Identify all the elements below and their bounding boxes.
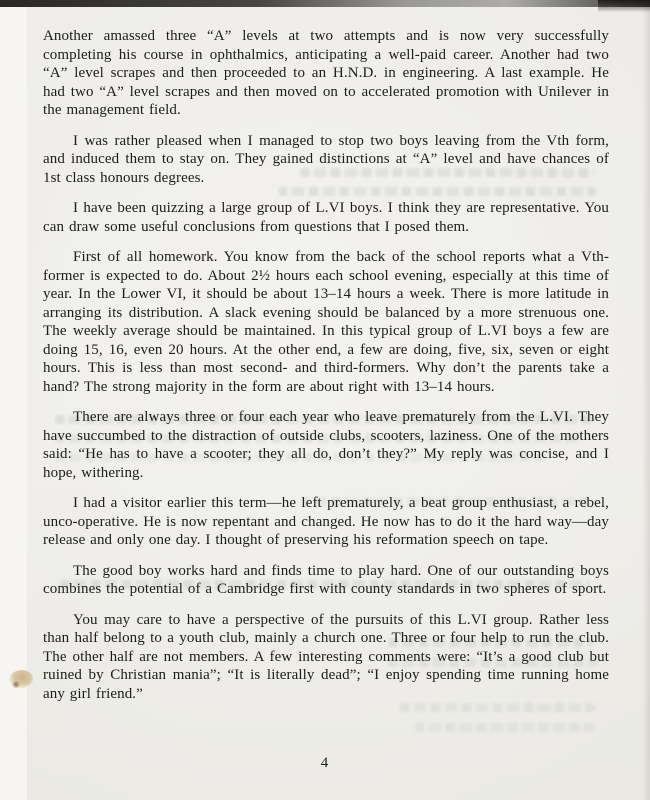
scan-edge-top xyxy=(0,0,650,7)
paragraph: Another amassed three “A” levels at two … xyxy=(43,27,609,120)
paragraph: I have been quizzing a large group of L.… xyxy=(43,199,609,236)
show-through-artifact xyxy=(415,723,595,732)
paper-stain-dot xyxy=(12,681,20,688)
page-text: Another amassed three “A” levels at two … xyxy=(43,27,609,703)
page-number: 4 xyxy=(0,755,650,772)
paragraph: I had a visitor earlier this term—he lef… xyxy=(43,494,609,550)
show-through-artifact xyxy=(400,703,595,712)
scanned-page: Another amassed three “A” levels at two … xyxy=(0,0,650,800)
scan-edge-top-right xyxy=(598,0,650,13)
paragraph: I was rather pleased when I managed to s… xyxy=(43,132,609,188)
paragraph: There are always three or four each year… xyxy=(43,408,609,482)
paragraph: First of all homework. You know from the… xyxy=(43,248,609,396)
scan-shadow-right xyxy=(642,0,650,800)
paragraph: The good boy works hard and finds time t… xyxy=(43,562,609,599)
paragraph: You may care to have a perspective of th… xyxy=(43,611,609,704)
